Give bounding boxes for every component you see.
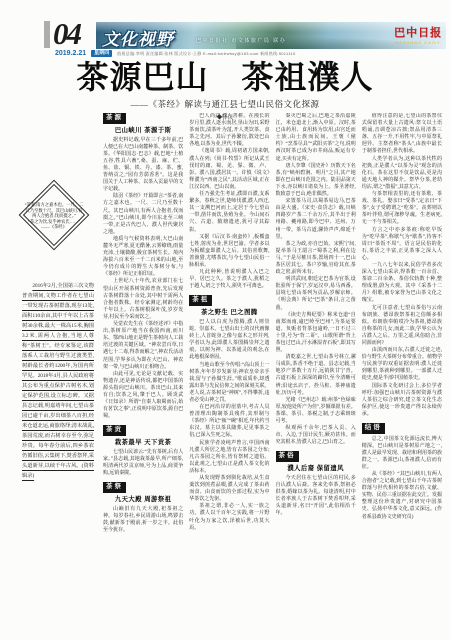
body-paragraph: 一九八七年以来,民俗学者多次深入七望山采录,得茶歌一百余首、茶谚二百余条、茶俗仪… — [362, 262, 442, 305]
body-paragraph: 宋置茶马司,以蜀茶易边马,巴茶由是大盛。《宋史·食货志》载,川峡四路岁产茶二千余… — [276, 198, 356, 241]
body-paragraph: 民族学者凌纯声曾言,中国西南凡濮人所居之地,皆有古茶园之分布;凡古茶园之所在,皆… — [189, 440, 269, 475]
body-paragraph: 巴人以白虎为图腾,濮人则崇蛇、崇嘉木。七望山出土的汉代画像砖上,人首蛇身之像与嘉… — [189, 319, 269, 362]
body-paragraph: 山巅旧有九天大殿,祀茶祖之神。每岁春社,乡民周游山场,鸣锣击鼓,献新茶于殿前,祈… — [103, 506, 183, 534]
section-tag: 茶祭 — [103, 482, 126, 493]
body-paragraph: 方言之中亦多茶痕:称吃早饭为“吃早茶”,称歇气为“歇茶”,待客不周曰“茶饭不周”… — [362, 227, 442, 262]
body-paragraph: 巴人尚武,濮人善耕。在漫长的岁月里,濮人逐水而居,垦山为田,采野茶而饮,渍茶叶为… — [189, 113, 269, 148]
banner-photo: 文化视野 巴中日报社 市文体旅广局 联办 巴中日报 BAZHONG DAILY — [96, 22, 446, 49]
section-title: 文化视野 — [102, 25, 174, 49]
article-title: 茶源巴山 茶祖濮人 — [0, 60, 450, 95]
organizer-line: 巴中日报社 市文体旅广局 联办 — [196, 37, 286, 44]
body-paragraph: 据史料记载,早在三千多年前,巴人便已在大巴山南麓种茶、制茶、饮茶。《华阳国志·巴… — [103, 137, 183, 194]
page-number: 04 — [53, 16, 80, 52]
body-paragraph: 从《茶经》“其巴山峡川,有两人合抱者”之记载,到七望山千年古茶树群落与世代相传的… — [362, 471, 442, 521]
body-paragraph: 当地山歌至今传唱:“高山顶上一树茶,年年岁岁发新芽;神农皇帝亲手栽,留与子孙做生… — [189, 362, 269, 405]
section-header: 濮人后裔 保留遗风 — [276, 465, 356, 472]
body-paragraph: 从发现野茶到驯化栽培,从生食羹饮到煎煮品啜,濮人完成了茶由药而食、由食而饮的全部… — [189, 475, 269, 503]
quote-box: “茶者,南方之嘉木也。一尺、二尺乃至数十尺。其巴山峡川,有两人合抱者,伐而掇之。… — [18, 179, 90, 251]
sidebar-note: 2016年2月,全国第三次文物普查期间,文物工作者在七望山一带发现古茶树群落,现… — [22, 281, 94, 571]
body-paragraph: 陆羽《茶经》开篇即言:“茶者,南方之嘉木也。一尺、二尺乃至数十尺。其巴山峡川,有… — [103, 193, 183, 236]
body-paragraph: 七望山民谚云:“先有茶树,后有人家。”县志载,其地栽茶最早,所产细茶,明清两代岁… — [103, 449, 183, 477]
newspaper-page: 04 文化视野 巴中日报社 市文体旅广局 联办 巴中日报 BAZHONG DAI… — [0, 0, 450, 640]
body-paragraph: 人类学者认为,这种以茶代牲的祀典,正是濮人“以茶为灵”观念的活化石。茶在这里不仅… — [362, 156, 442, 191]
section-tag: 茶贡 — [103, 425, 126, 436]
section-tag: 茶祖 — [189, 295, 212, 306]
body-paragraph: 《读史方舆纪要》称米仓道“自南郑而南,逾巴岭至巴州”,为茶运要道。负贩者背茶包逾… — [276, 312, 356, 355]
article-subtitle: ——《茶经》解读与通江县七望山民俗文化探源 — [0, 98, 450, 110]
body-paragraph: 与茶祭相表里的,还有茶歌、茶戏、茶礼。娶亲曰“受茶”,定亲曰“下茶”,女子受聘谓… — [362, 191, 442, 226]
text-columns: 茶源巴山峡川 茶源于斯据史料记载,早在三千多年前,巴人便已在大巴山南麓种茶、制茶… — [103, 113, 442, 633]
article-column: 值得注意的是,七望山的茶祭仪式保留着大量上古遗风:祭文以土语唱诵,音调苍凉古拙;… — [362, 113, 442, 633]
classic-quote: “茶者,南方之嘉木也。一尺、二尺乃至数十尺。其巴山峡川,有两人合抱者,伐而掇之。… — [24, 187, 84, 245]
masthead-name: 巴中日报 — [394, 24, 442, 40]
body-paragraph: 清乾嘉之世,七望山茶号林立,骡马成队,茶香不绝于道。县志记载,当地岁产茶数十万斤… — [276, 354, 356, 397]
section-header: 九天大殿 周游祭祖 — [103, 496, 183, 503]
body-paragraph: 尤可注意者,七望山茶俗与云南布朗族、德昂族祭茶祖之俗颇多相似。布朗族奉帕哎冷为茶… — [362, 305, 442, 348]
body-paragraph: 由此可见,无论是文献记载、实物遗存,还是神话传说,都把中国茶的源头指向巴山峡川。… — [103, 371, 183, 421]
headline-block: 茶源巴山 茶祖濮人 ——《茶经》解读与通江县七望山民俗文化探源 ◆泽民 — [0, 60, 450, 121]
issue-date: 2019.2.21 — [55, 50, 86, 57]
body-paragraph: 《逸周书》载,周初诸方国来朝,濮人在列;《尚书·牧誓》所记从武王伐纣的庸、蜀、羌… — [189, 148, 269, 191]
body-paragraph: 茶祖之谓,非必一人,实一族之功。濮人以千百年之实践,将一片野叶化为万家之饮,泽被… — [189, 503, 269, 531]
body-paragraph: 光绪《巴州志》载:州茶“色绿味厚,较他处所产为佳”,岁额课银有差。茶课、茶引、茶… — [276, 397, 356, 425]
body-paragraph: 吴觉农先生在《茶经述评》中指出,茶树原产地当在我国西南,而川东、鄂西山地正是野生… — [103, 321, 183, 371]
body-paragraph: 国际茶文化研讨会上,多位学者呼吁:加强巴山峡川古茶树资源与濮人茶俗之综合研究,建… — [362, 383, 442, 418]
article-body: “茶者,南方之嘉木也。一尺、二尺乃至数十尺。其巴山峡川,有两人合抱者,伐而掇之。… — [8, 113, 442, 633]
section-header: 茶之野生 巴之图腾 — [189, 309, 269, 316]
body-paragraph: 又据《后汉书·南蛮传》,板楯蛮七姓,射虎为业,世居巴渝。学者多以为板楯蛮即濮人之… — [189, 234, 269, 269]
body-paragraph: 由滇西而川东,古濮人迁徙之迹,恰与野生大茶树分布带重合。植物学与民族学的双重证据… — [362, 347, 442, 382]
article-column: 茶源巴山峡川 茶源于斯据史料记载,早在三千多年前,巴人便已在大巴山南麓种茶、制茶… — [103, 113, 183, 633]
dateline: 2019.2.21 星期四 值班总编:李明 责任编辑:张林 版式设计:王静 E-… — [55, 50, 445, 57]
masthead-logo: 巴中日报 BAZHONG DAILY — [394, 24, 442, 45]
article-column: 秦灭巴蜀之后,巴地之茶沿嘉陵江、米仓道北上,渐入中原。汉时,茶已由药用、食用转为… — [276, 113, 356, 633]
body-paragraph: 任乃强先生考证,濮即百濮,支系繁多。春秋之世,楚师伐濮,濮人西迁,其一支溯巴河而… — [189, 191, 269, 234]
section-tag: 茶俗 — [276, 451, 299, 462]
section-header: 巴山峡川 茶源于斯 — [103, 127, 183, 134]
masthead-name-en: BAZHONG DAILY — [394, 40, 442, 45]
body-paragraph: 茶之为政,亦自巴始。宋熙宁间,提举茶马王韶言:“蜀茶之利,利在边马。”于是尽榷川… — [276, 241, 356, 276]
weekday-badge: 星期四 — [91, 50, 112, 57]
body-paragraph: 秦灭巴蜀之后,巴地之茶沿嘉陵江、米仓道北上,渐入中原。汉时,茶已由药用、食用转为… — [276, 113, 356, 163]
page-number-bar — [44, 21, 50, 48]
body-paragraph: 明洪武间,朝廷定巴茶为官茶,设批验所于保宁,岁运汉中,易马西番。县境七望山茶列为… — [276, 276, 356, 311]
section-tag: 茶源 — [103, 113, 126, 124]
body-paragraph: 唐人李肇《国史补》历数天下名茶,有“峡州碧涧、明月”之目,其产地即在巴山峡川范围… — [276, 163, 356, 198]
body-paragraph: 上世纪八十年代,农业部门在七望山区开展茶树资源普查,先后发现古茶树群落十余处,其… — [103, 278, 183, 321]
left-sidebar: “茶者,南方之嘉木也。一尺、二尺乃至数十尺。其巴山峡川,有两人合抱者,伐而掇之。… — [8, 113, 100, 633]
body-paragraph: 纵观两千余年,巴茶入贡、入市、入边,于国计民生,厥功甚伟。而究其根本,皆濮人启之… — [276, 425, 356, 446]
editor-credits: 值班总编:李明 责任编辑:张林 版式设计:王静 E-mail:bzrbwhsy@… — [117, 51, 295, 57]
body-paragraph: 地质与气候资料表明,大巴山南麓冬无严寒,夏无酷暑,云雾缭绕,雨量充沛,土壤微酸,… — [103, 236, 183, 279]
section-header: 栽茶最早 天下贡茶 — [103, 439, 183, 446]
body-paragraph: 值得注意的是,七望山的茶祭仪式保留着大量上古遗风:祭文以土语唱诵,音调苍凉古拙;… — [362, 113, 442, 156]
body-paragraph: 在巴河沿岸的崖墓中,考古人员曾清理出陶制茶具残件,其形制与《茶经》所记“瓯”“碗… — [189, 404, 269, 439]
body-paragraph: 今天居住在七望山区的村民,多自认濮人后裔。客来先奉茶,祭祖必供茶,婚嫁以茶为礼。… — [276, 475, 356, 518]
body-paragraph: 凡此种种,皆说明濮人入巴之早、居巴之久。茶之于濮人,犹稻之于越人,奶之于牧人,须… — [189, 269, 269, 290]
section-tag: 结语 — [362, 423, 385, 434]
article-column: 巴人尚武,濮人善耕。在漫长的岁月里,濮人逐水而居,垦山为田,采野茶而饮,渍茶叶为… — [189, 113, 269, 633]
body-paragraph: 总之,中国茶文化源远流长,博大精深。巴山峡川是茶树原产地之一,濮人是最早发现、栽… — [362, 436, 442, 471]
